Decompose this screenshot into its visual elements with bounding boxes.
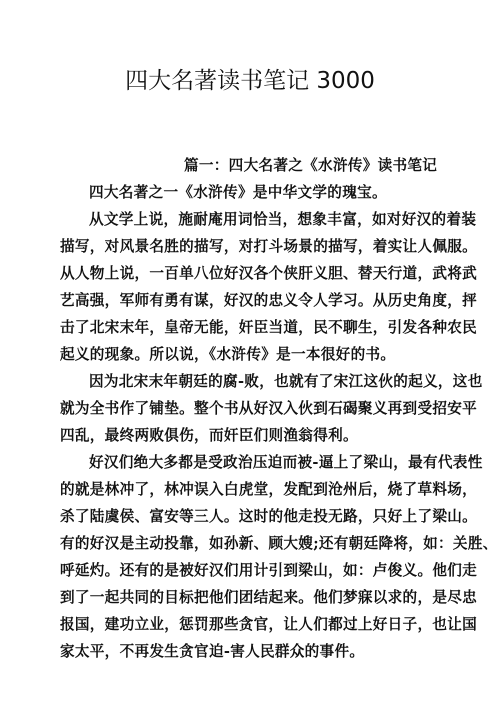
- paragraph-line: 报国，建功立业，惩罚那些贪官，让人们都过上好日子，也让国: [60, 611, 440, 638]
- paragraph-line: 起义的现象。所以说，《水浒传》是一本很好的书。: [60, 341, 440, 368]
- paragraph-line: 的就是林冲了，林冲误入白虎堂，发配到沧州后，烧了草料场，: [60, 476, 440, 503]
- paragraph-line: 击了北宋末年，皇帝无能，奸臣当道，民不聊生，引发各种农民: [60, 314, 440, 341]
- paragraph-line: 好汉们绝大多都是受政治压迫而被-逼上了梁山，最有代表性: [60, 449, 440, 476]
- paragraph-line: 家太平，不再发生贪官迫-害人民群众的事件。: [60, 638, 440, 665]
- paragraph-line: 艺高强，军师有勇有谋，好汉的忠义令人学习。从历史角度，抨: [60, 287, 440, 314]
- paragraph-line: 四大名著之一《水浒传》是中华文学的瑰宝。: [60, 179, 440, 206]
- paragraph-line: 就为全书作了铺垫。整个书从好汉入伙到石碣聚义再到受招安平: [60, 395, 440, 422]
- paragraph-line: 有的好汉是主动投靠，如孙新、顾大嫂;还有朝廷降将，如：关胜、: [60, 530, 440, 557]
- paragraph-line: 描写，对风景名胜的描写，对打斗场景的描写，着实让人佩服。: [60, 233, 440, 260]
- paragraph-line: 到了一起共同的目标把他们团结起来。他们梦寐以求的，是尽忠: [60, 584, 440, 611]
- section-heading: 篇一：四大名著之《水浒传》读书笔记: [60, 152, 440, 179]
- paragraph-line: 杀了陆虞侯、富安等三人。这时的他走投无路，只好上了梁山。: [60, 503, 440, 530]
- document-body: 篇一：四大名著之《水浒传》读书笔记 四大名著之一《水浒传》是中华文学的瑰宝。 从…: [60, 152, 440, 665]
- paragraph-line: 呼延灼。还有的是被好汉们用计引到梁山，如：卢俊义。他们走: [60, 557, 440, 584]
- paragraph-line: 四乱，最终两败俱伤，而奸臣们则渔翁得利。: [60, 422, 440, 449]
- document-title: 四大名著读书笔记 3000: [0, 62, 500, 95]
- paragraph-line: 从人物上说，一百单八位好汉各个侠肝义胆、替天行道，武将武: [60, 260, 440, 287]
- paragraph-line: 因为北宋末年朝廷的腐-败，也就有了宋江这伙的起义，这也: [60, 368, 440, 395]
- paragraph-line: 从文学上说，施耐庵用词恰当，想象丰富，如对好汉的着装: [60, 206, 440, 233]
